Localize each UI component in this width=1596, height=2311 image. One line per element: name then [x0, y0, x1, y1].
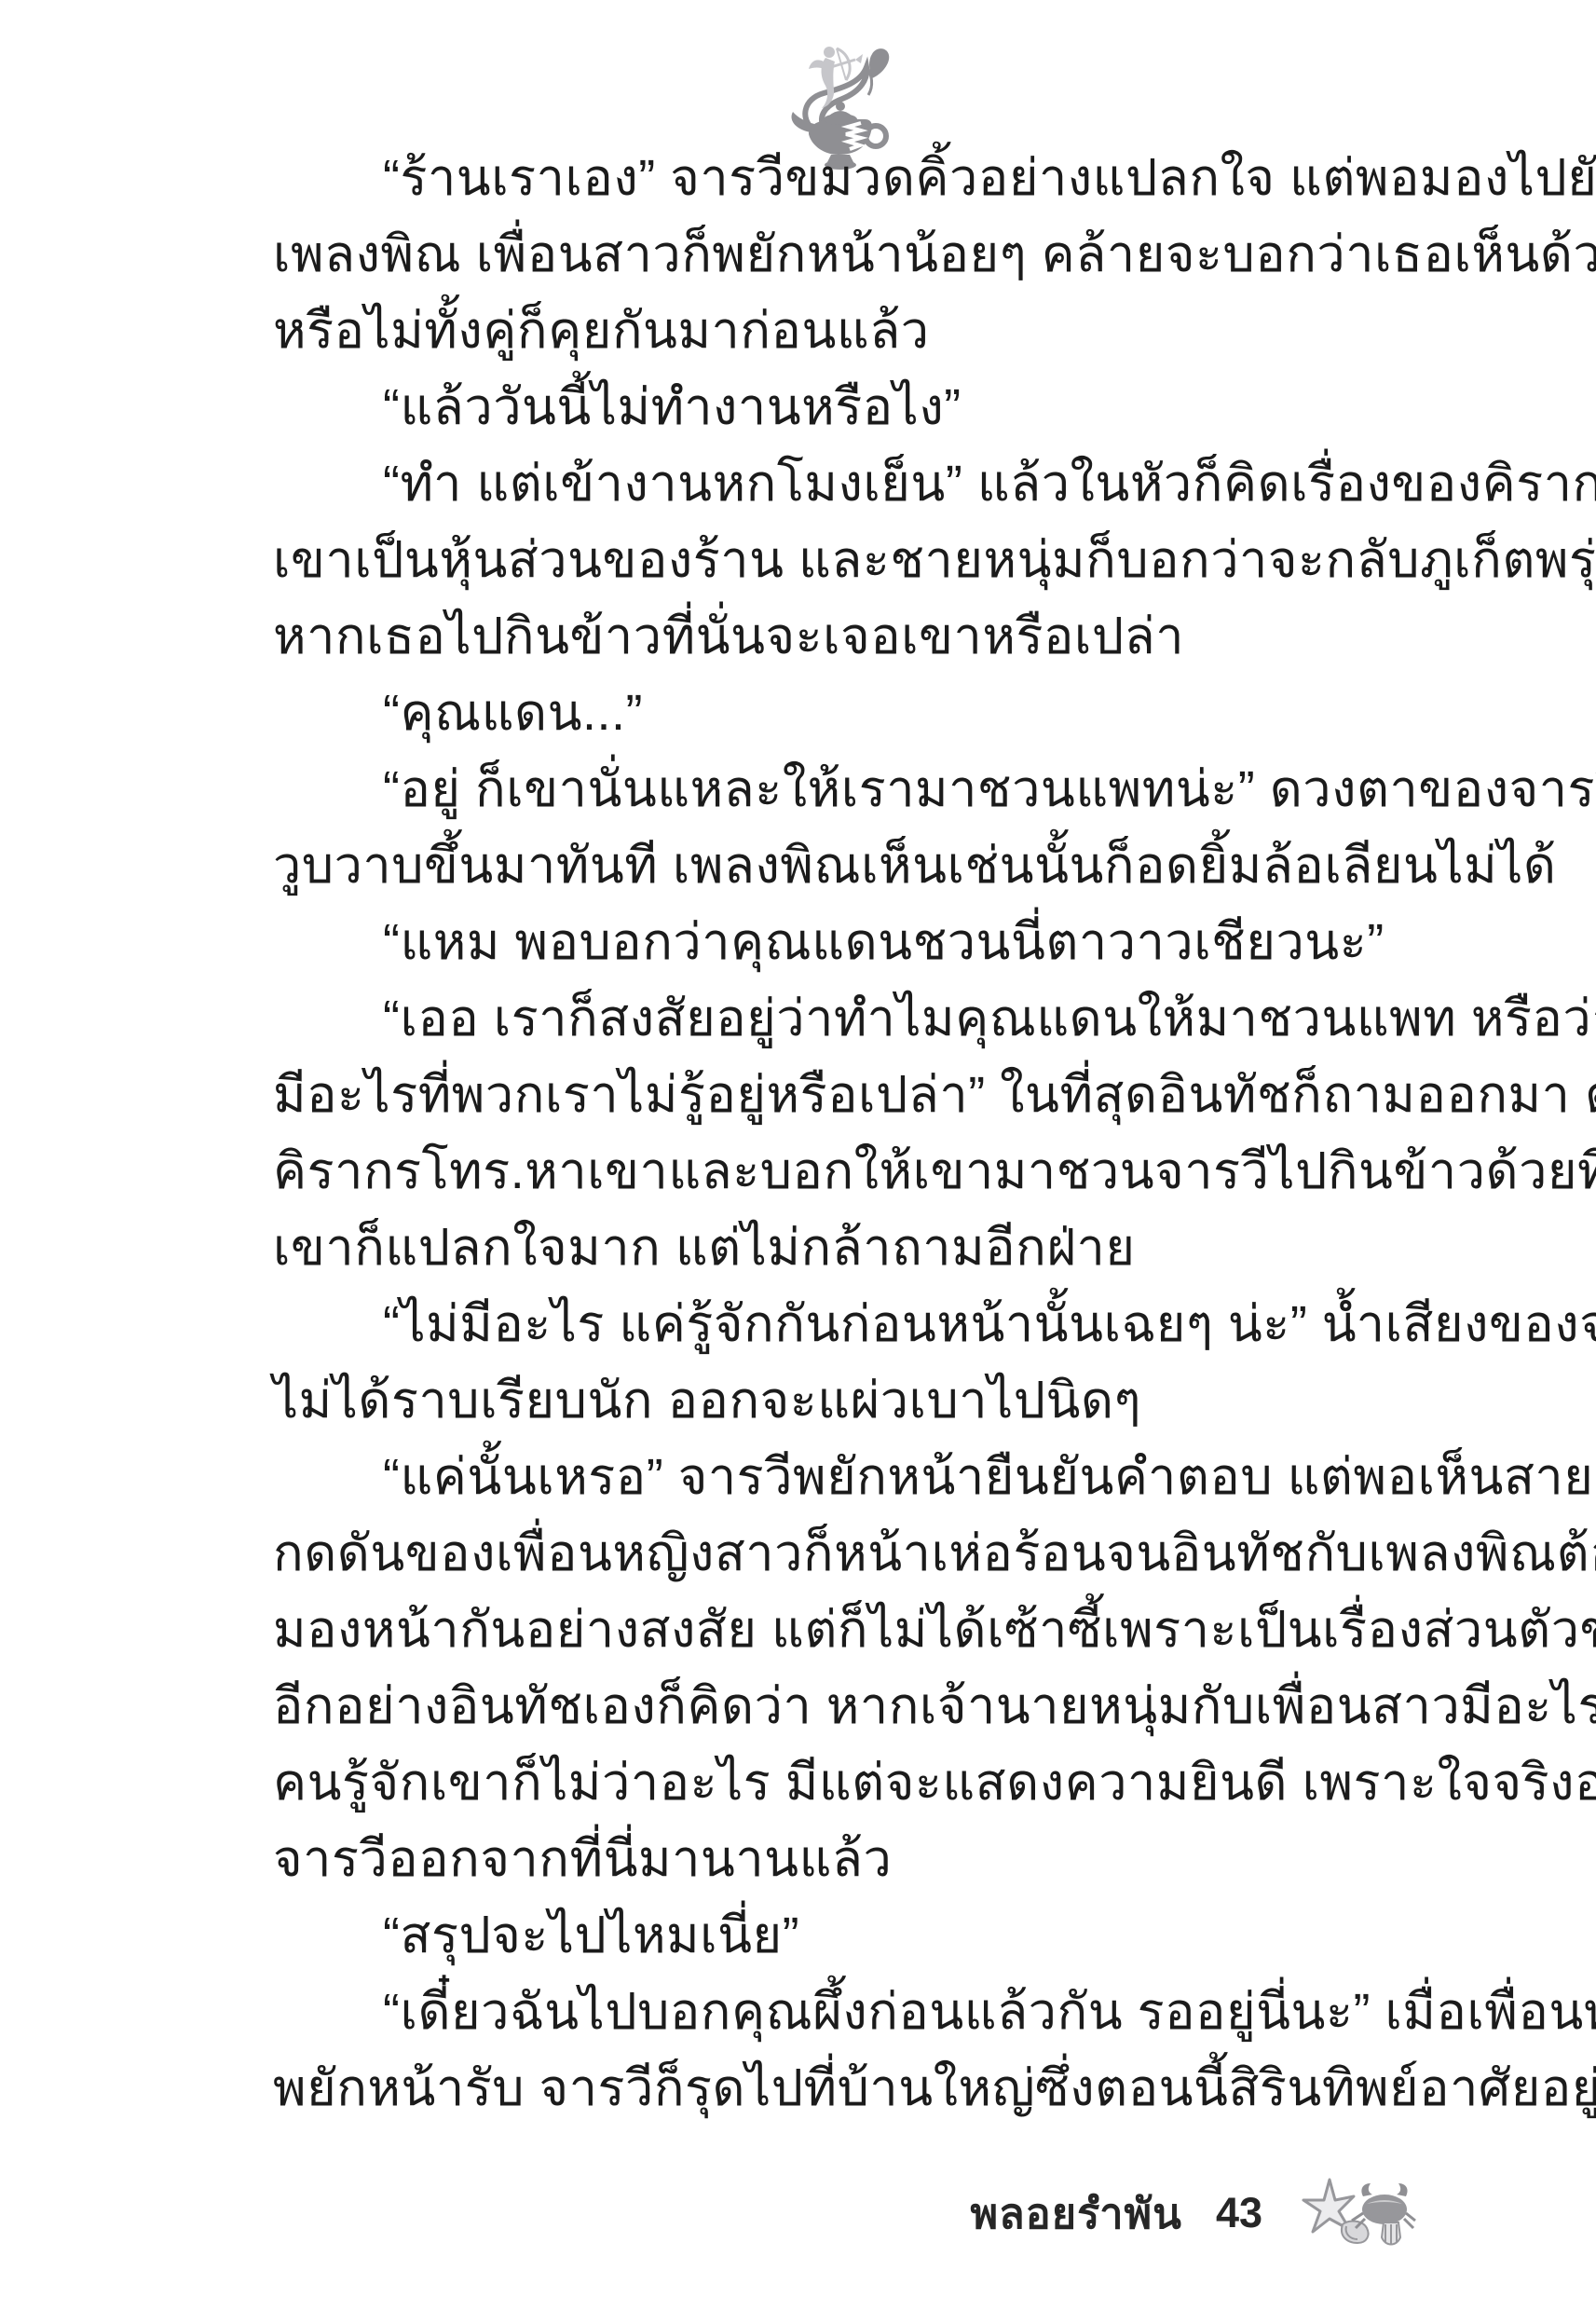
- body-text: “ร้านเราเอง” จารวีขมวดคิ้วอย่างแปลกใจ แต…: [273, 140, 1407, 2126]
- text-line: “ไม่มีอะไร แค่รู้จักกันก่อนหน้านั้นเฉยๆ …: [273, 1286, 1407, 1362]
- text-line: หากเธอไปกินข้าวที่นั่นจะเจอเขาหรือเปล่า: [273, 598, 1407, 675]
- text-line: มีอะไรที่พวกเราไม่รู้อยู่หรือเปล่า” ในที…: [273, 1057, 1407, 1133]
- text-line: เขาเป็นหุ้นส่วนของร้าน และชายหนุ่มก็บอกว…: [273, 522, 1407, 598]
- starfish-shells-crab-icon: [1302, 2176, 1417, 2250]
- book-title: พลอยรำพัน: [970, 2180, 1182, 2247]
- text-line: “สรุปจะไปไหมเนี่ย”: [273, 1897, 1407, 1974]
- page-footer: พลอยรำพัน 43: [970, 2173, 1417, 2253]
- text-line: คนรู้จักเขาก็ไม่ว่าอะไร มีแต่จะแสดงความย…: [273, 1744, 1407, 1821]
- text-line: เขาก็แปลกใจมาก แต่ไม่กล้าถามอีกฝ่าย: [273, 1210, 1407, 1286]
- text-line: “เออ เราก็สงสัยอยู่ว่าทำไมคุณแดนให้มาชวน…: [273, 980, 1407, 1057]
- text-line: อีกอย่างอินทัชเองก็คิดว่า หากเจ้านายหนุ่…: [273, 1668, 1407, 1744]
- text-line: “อยู่ ก็เขานั่นแหละให้เรามาชวนแพทน่ะ” ดว…: [273, 751, 1407, 827]
- page-number: 43: [1216, 2189, 1262, 2237]
- text-line: “แหม พอบอกว่าคุณแดนชวนนี่ตาวาวเชียวนะ”: [273, 904, 1407, 980]
- text-line: ไม่ได้ราบเรียบนัก ออกจะแผ่วเบาไปนิดๆ: [273, 1362, 1407, 1439]
- text-line: “คุณแดน...”: [273, 675, 1407, 751]
- text-line: เพลงพิณ เพื่อนสาวก็พยักหน้าน้อยๆ คล้ายจะ…: [273, 216, 1407, 293]
- text-line: มองหน้ากันอย่างสงสัย แต่ก็ไม่ได้เซ้าซี้เ…: [273, 1592, 1407, 1668]
- text-line: คิรากรโทร.หาเขาและบอกให้เขามาชวนจารวีไปก…: [273, 1133, 1407, 1210]
- text-line: พยักหน้ารับ จารวีก็รุดไปที่บ้านใหญ่ซึ่งต…: [273, 2050, 1407, 2126]
- text-line: “แค่นั้นเหรอ” จารวีพยักหน้ายืนยันคำตอบ แ…: [273, 1439, 1407, 1515]
- text-line: “แล้ววันนี้ไม่ทำงานหรือไง”: [273, 369, 1407, 445]
- text-line: “ทำ แต่เข้างานหกโมงเย็น” แล้วในหัวก็คิดเ…: [273, 445, 1407, 522]
- book-page: “ร้านเราเอง” จารวีขมวดคิ้วอย่างแปลกใจ แต…: [0, 0, 1596, 2311]
- text-line: “ร้านเราเอง” จารวีขมวดคิ้วอย่างแปลกใจ แต…: [273, 140, 1407, 216]
- text-line: กดดันของเพื่อนหญิงสาวก็หน้าเห่อร้อนจนอิน…: [273, 1515, 1407, 1592]
- text-line: “เดี๋ยวฉันไปบอกคุณผึ้งก่อนแล้วกัน รออยู่…: [273, 1974, 1407, 2050]
- text-line: หรือไม่ทั้งคู่ก็คุยกันมาก่อนแล้ว: [273, 293, 1407, 369]
- text-line: วูบวาบขึ้นมาทันที เพลงพิณเห็นเช่นนั้นก็อ…: [273, 827, 1407, 904]
- text-line: จารวีออกจากที่นี่มานานแล้ว: [273, 1821, 1407, 1897]
